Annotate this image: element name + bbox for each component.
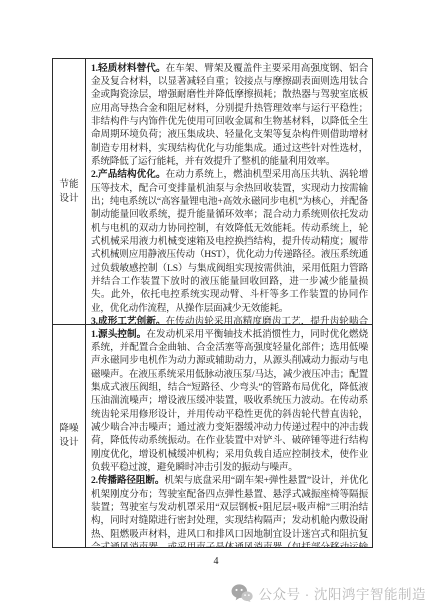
row-header-noise-reduction: 降噪设计: [53, 325, 86, 547]
wechat-public-account-icon: [231, 584, 253, 602]
document-page: 节能设计 1.轻质材料替代。在车架、臂架及覆盖件主要采用高强度钢、铝合金及复合材…: [0, 0, 432, 611]
paragraph-source-control: 1.源头控制。在发动机采用平衡轴技术抵消惯性力，同时优化燃烧系统，并配置合金曲轴…: [91, 328, 368, 475]
paragraph-lead: 2.传播路径阻断。: [91, 475, 164, 486]
watermark: 公众号 · 沈阳鸿宇智能制造: [231, 583, 427, 603]
table-row-energy-saving: 节能设计 1.轻质材料替代。在车架、臂架及覆盖件主要采用高强度钢、铝合金及复合材…: [53, 59, 372, 325]
row-header-energy-saving: 节能设计: [53, 59, 86, 324]
spec-table: 节能设计 1.轻质材料替代。在车架、臂架及覆盖件主要采用高强度钢、铝合金及复合材…: [52, 58, 373, 548]
row-content-noise-reduction: 1.源头控制。在发动机采用平衡轴技术抵消惯性力，同时优化燃烧系统，并配置合金曲轴…: [86, 325, 372, 547]
row-header-label: 降噪设计: [59, 422, 80, 450]
paragraph-lightweight-materials: 1.轻质材料替代。在车架、臂架及覆盖件主要采用高强度钢、铝合金及复合材料，以显著…: [91, 62, 368, 169]
row-content-energy-saving: 1.轻质材料替代。在车架、臂架及覆盖件主要采用高强度钢、铝合金及复合材料，以显著…: [86, 59, 372, 324]
paragraph-structure-optimization: 2.产品结构优化。在动力系统上，燃油机型采用高压共轨、涡轮增压等技术，配合可变排…: [91, 168, 368, 315]
paragraph-forming-process: 3.成形工艺创新。在传动齿轮采用高精度磨齿工艺，提升齿轮啮合精度，减少传动过程中…: [91, 315, 368, 324]
watermark-text: 公众号 · 沈阳鸿宇智能制造: [259, 583, 427, 603]
paragraph-lead: 1.轻质材料替代。: [91, 63, 166, 74]
table-row-noise-reduction: 降噪设计 1.源头控制。在发动机采用平衡轴技术抵消惯性力，同时优化燃烧系统，并配…: [53, 325, 372, 547]
row-header-label: 节能设计: [59, 178, 80, 206]
paragraph-body: 在车架、臂架及覆盖件主要采用高强度钢、铝合金及复合材料，以显著减轻自重；铰接点与…: [91, 63, 368, 167]
page-number: 4: [0, 556, 432, 567]
paragraph-path-blocking: 2.传播路径阻断。机架与底盘采用“副车架+弹性悬置”设计，并优化机架刚度分布；驾…: [91, 474, 368, 547]
paragraph-body: 在动力系统上，燃油机型采用高压共轨、涡轮增压等技术，配合可变排量机油泵与余热回收…: [91, 169, 368, 313]
paragraph-lead: 1.源头控制。: [91, 329, 146, 340]
paragraph-body: 在发动机采用平衡轴技术抵消惯性力，同时优化燃烧系统，并配置合金曲轴、合金活塞等高…: [91, 329, 368, 473]
paragraph-lead: 3.成形工艺创新。: [91, 316, 166, 324]
paragraph-lead: 2.产品结构优化。: [91, 169, 166, 180]
